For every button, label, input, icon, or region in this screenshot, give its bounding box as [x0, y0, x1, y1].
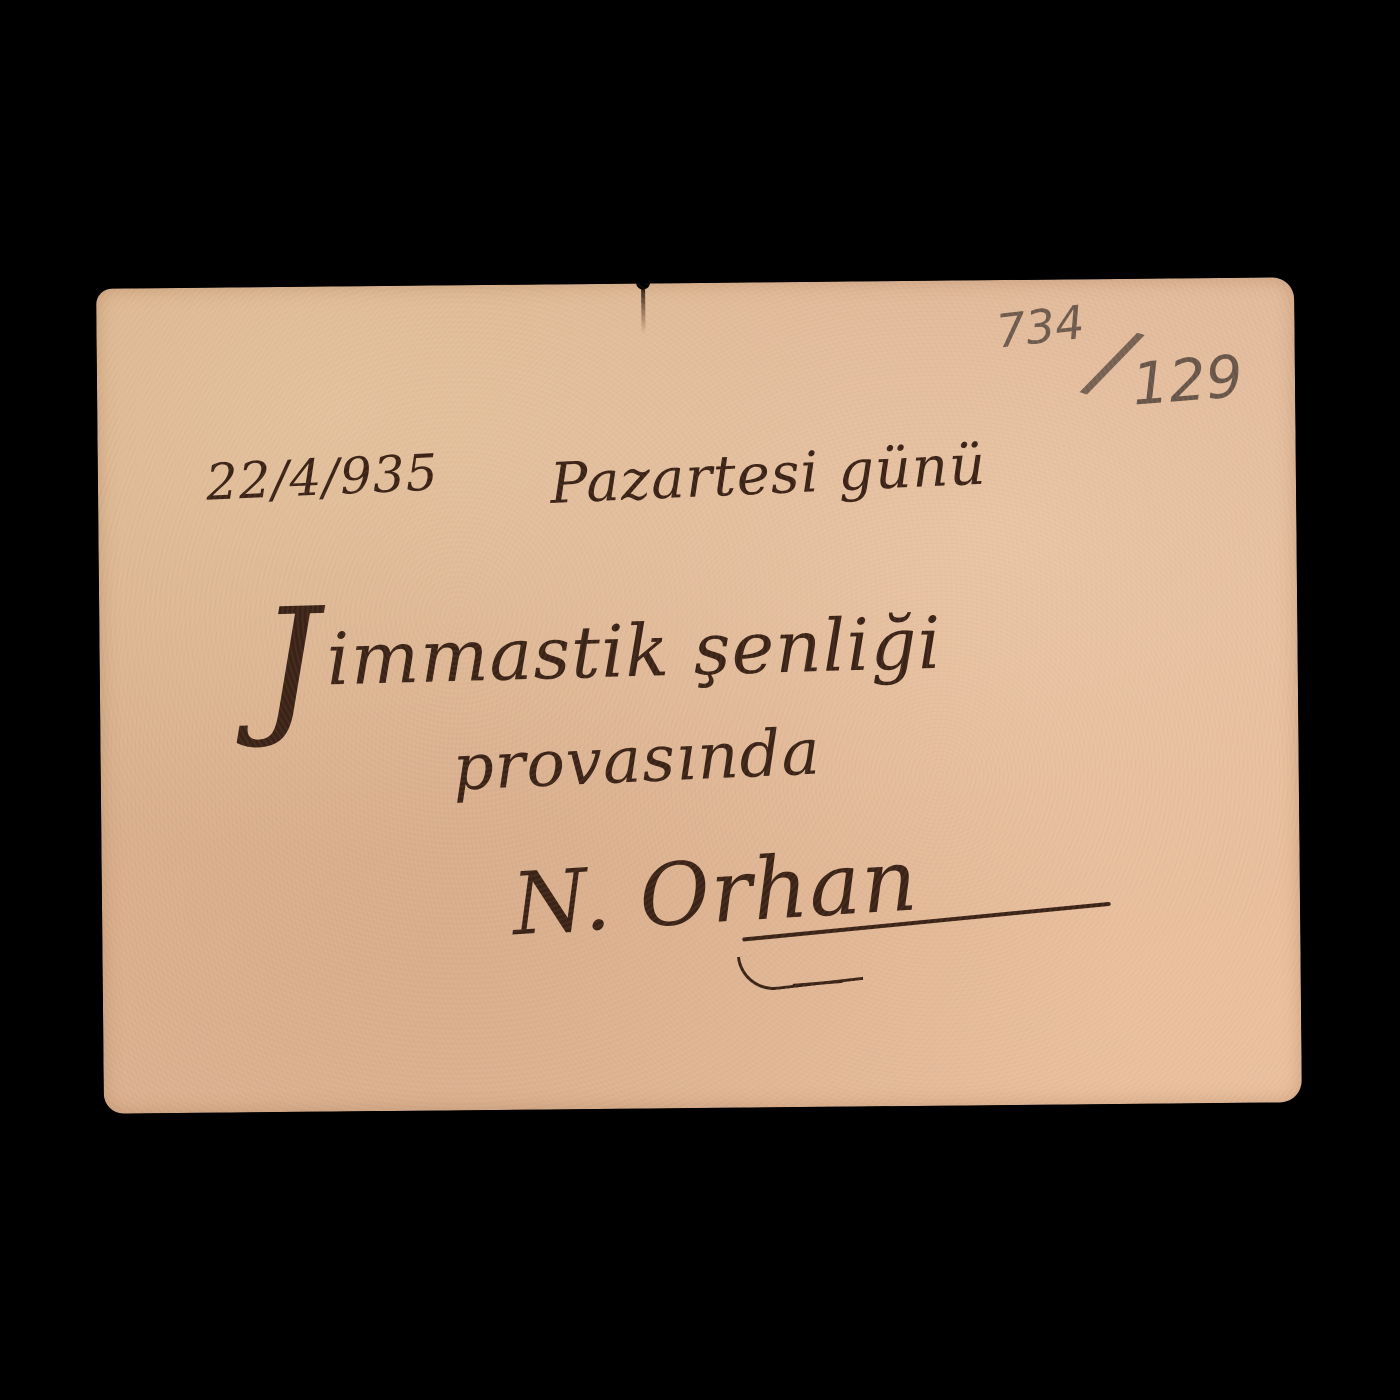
inscription-event-text: immastik şenliği [326, 601, 943, 702]
signature: N. Orhan [509, 830, 921, 955]
signature-swash [737, 943, 863, 994]
photo-card-back: 734 / 129 22/4/935 Pazartesi günü Jimmas… [96, 277, 1302, 1113]
catalog-number-bottom: 129 [1129, 342, 1245, 419]
inscription-event: Jimmastik şenliği [257, 560, 944, 752]
catalog-number-top: 734 [994, 295, 1087, 359]
inscription-rehearsal: provasında [451, 715, 822, 805]
tear-notch [636, 281, 650, 289]
inscription-date: 22/4/935 [205, 443, 440, 511]
inscription-event-initial: J [257, 577, 323, 753]
tear-mark [641, 283, 645, 333]
inscription-day: Pazartesi günü [549, 433, 988, 517]
